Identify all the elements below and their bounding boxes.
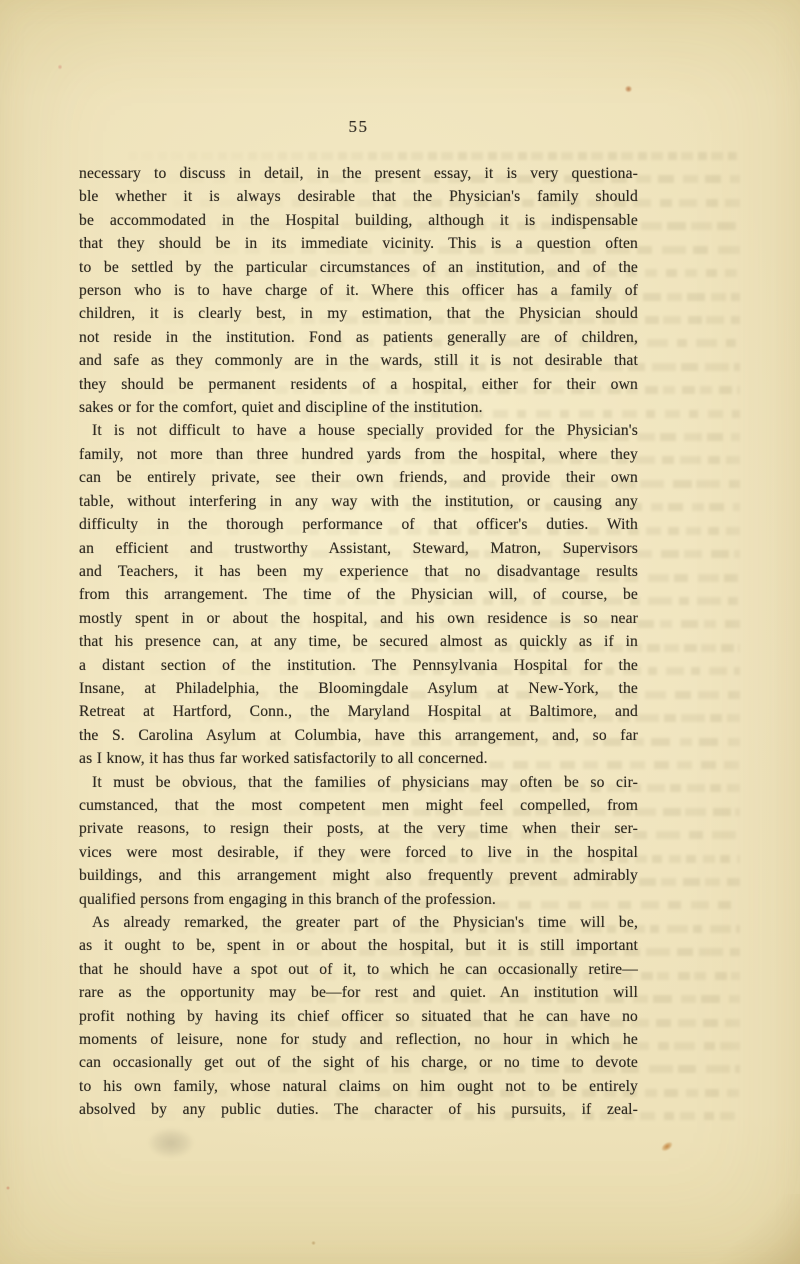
text-line: a distant section of the institution. Th…	[79, 654, 638, 677]
body-text: necessary to discuss in detail, in the p…	[79, 162, 638, 1122]
page-number: 55	[79, 117, 638, 137]
text-line: Insane, at Philadelphia, the Bloomingdal…	[79, 677, 638, 700]
text-line: difficulty in the thorough performance o…	[79, 513, 638, 536]
text-line: to his own family, whose natural claims …	[79, 1075, 638, 1098]
text-line: cumstanced, that the most competent men …	[79, 794, 638, 817]
text-line: that his presence can, at any time, be s…	[79, 630, 638, 653]
text-line: person who is to have charge of it. Wher…	[79, 279, 638, 302]
text-line: and Teachers, it has been my experience …	[79, 560, 638, 583]
page-corner-shadow	[710, 1194, 800, 1264]
text-line: they should be permanent residents of a …	[79, 373, 638, 396]
stain	[148, 1128, 194, 1158]
text-line: to be settled by the particular circumst…	[79, 256, 638, 279]
text-line: mostly spent in or about the hospital, a…	[79, 607, 638, 630]
text-line: It must be obvious, that the families of…	[79, 771, 638, 794]
text-line: from this arrangement. The time of the P…	[79, 583, 638, 606]
text-line: qualified persons from engaging in this …	[79, 888, 638, 911]
text-line: profit nothing by having its chief offic…	[79, 1005, 638, 1028]
text-line: necessary to discuss in detail, in the p…	[79, 162, 638, 185]
stain	[660, 1140, 674, 1153]
text-line: As already remarked, the greater part of…	[79, 911, 638, 934]
stain	[58, 64, 62, 70]
stain	[311, 1241, 316, 1245]
book-page: 55 necessary to discuss in detail, in th…	[0, 0, 800, 1264]
text-line: children, it is clearly best, in my esti…	[79, 302, 638, 325]
text-line: be accommodated in the Hospital building…	[79, 209, 638, 232]
text-line: vices were most desirable, if they were …	[79, 841, 638, 864]
text-line: not reside in the institution. Fond as p…	[79, 326, 638, 349]
bleed-through-row	[128, 152, 740, 160]
text-line: as it ought to be, spent in or about the…	[79, 934, 638, 957]
text-line: can occasionally get out of the sight of…	[79, 1051, 638, 1074]
text-line: absolved by any public duties. The chara…	[79, 1098, 638, 1121]
text-line: private reasons, to resign their posts, …	[79, 817, 638, 840]
text-line: an efficient and trustworthy Assistant, …	[79, 537, 638, 560]
text-line: that he should have a spot out of it, to…	[79, 958, 638, 981]
text-line: family, not more than three hundred yard…	[79, 443, 638, 466]
text-line: buildings, and this arrangement might al…	[79, 864, 638, 887]
text-line: table, without interfering in any way wi…	[79, 490, 638, 513]
text-line: rare as the opportunity may be—for rest …	[79, 981, 638, 1004]
text-line: moments of leisure, none for study and r…	[79, 1028, 638, 1051]
text-line: and safe as they commonly are in the war…	[79, 349, 638, 372]
text-line: ble whether it is always desirable that …	[79, 185, 638, 208]
text-line: as I know, it has thus far worked satisf…	[79, 747, 638, 770]
stain	[625, 86, 632, 92]
text-line: Retreat at Hartford, Conn., the Maryland…	[79, 700, 638, 723]
stain	[6, 1186, 10, 1190]
text-line: sakes or for the comfort, quiet and disc…	[79, 396, 638, 419]
text-line: can be entirely private, see their own f…	[79, 466, 638, 489]
text-line: the S. Carolina Asylum at Columbia, have…	[79, 724, 638, 747]
text-line: It is not difficult to have a house spec…	[79, 419, 638, 442]
text-line: that they should be in its immediate vic…	[79, 232, 638, 255]
